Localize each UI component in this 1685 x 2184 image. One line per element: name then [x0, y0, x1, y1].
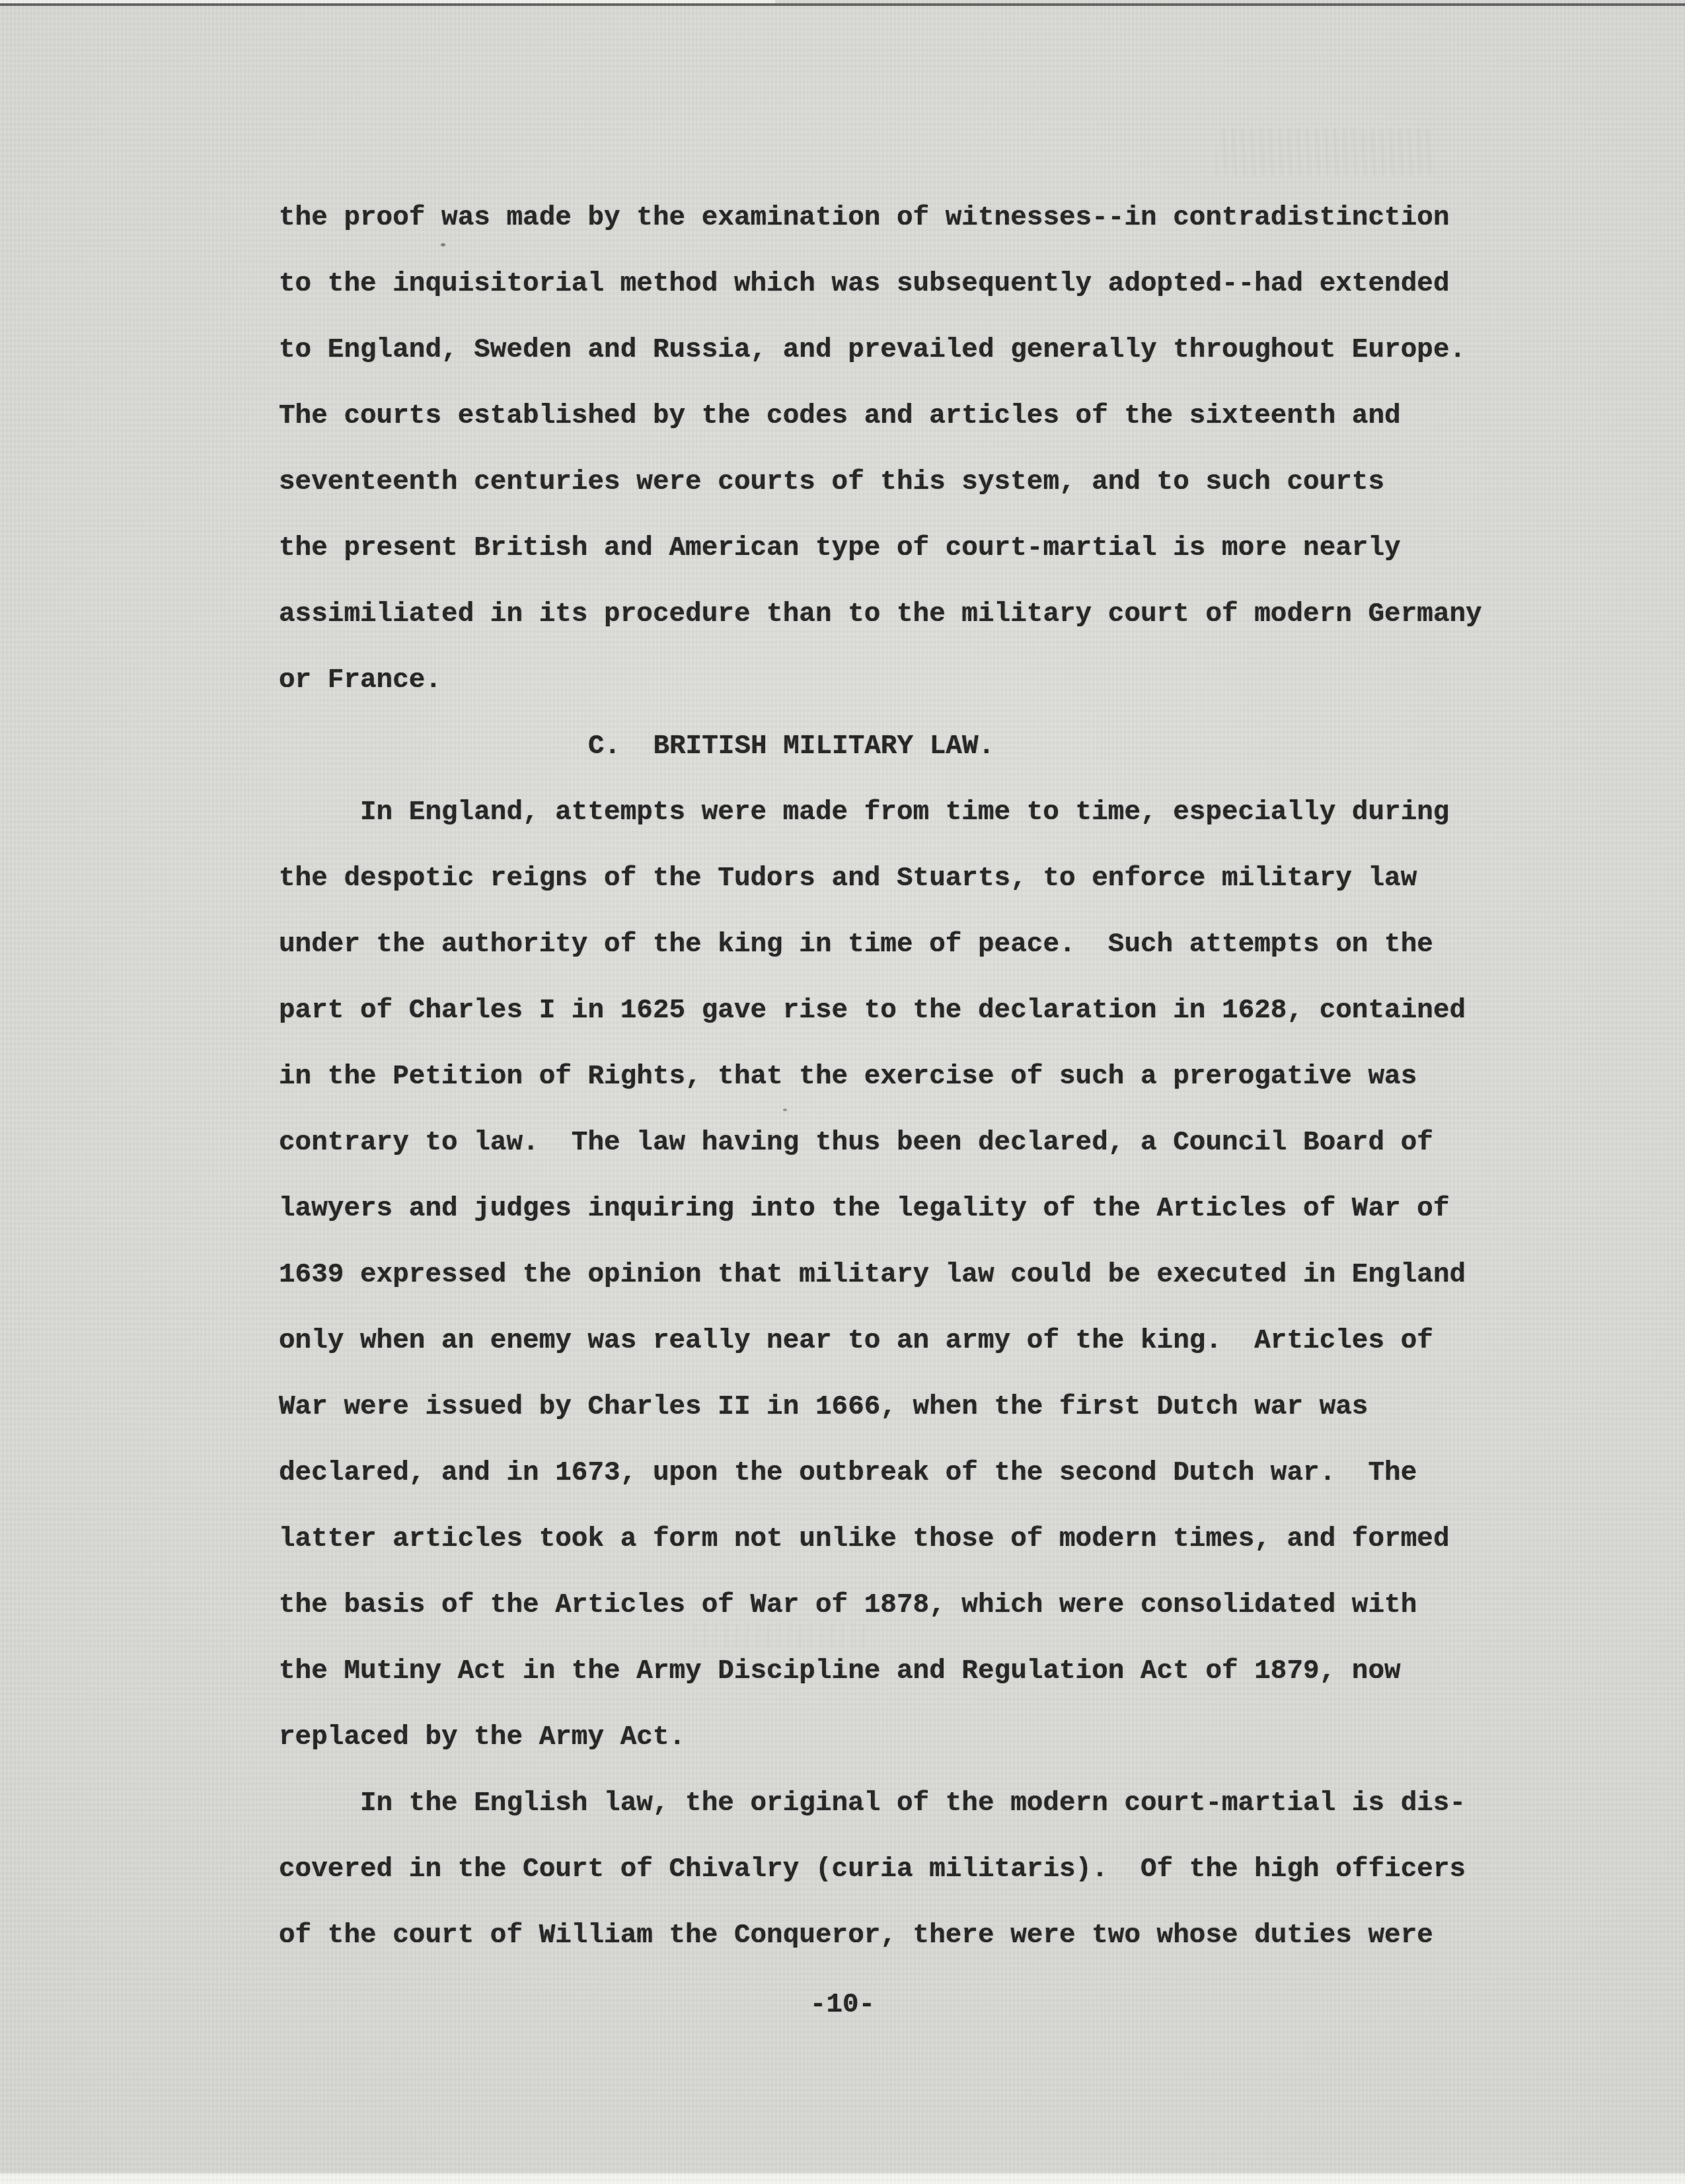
text-line: In the English law, the original of the …: [279, 1770, 1521, 1837]
text-line: or France.: [279, 647, 1521, 713]
text-line: latter articles took a form not unlike t…: [279, 1506, 1521, 1572]
text-line: the despotic reigns of the Tudors and St…: [279, 846, 1521, 912]
text-line: lawyers and judges inquiring into the le…: [279, 1176, 1521, 1242]
text-line: of the court of William the Conqueror, t…: [279, 1903, 1521, 1969]
text-line: contrary to law. The law having thus bee…: [279, 1110, 1521, 1176]
text-line: part of Charles I in 1625 gave rise to t…: [279, 978, 1521, 1044]
text-line: covered in the Court of Chivalry (curia …: [279, 1837, 1521, 1903]
text-line: seventeenth centuries were courts of thi…: [279, 449, 1521, 515]
text-line: declared, and in 1673, upon the outbreak…: [279, 1440, 1521, 1506]
text-line: in the Petition of Rights, that the exer…: [279, 1044, 1521, 1110]
scan-smudge-top-right: [1216, 129, 1434, 175]
text-line: under the authority of the king in time …: [279, 912, 1521, 978]
text-line: replaced by the Army Act.: [279, 1704, 1521, 1770]
text-line: the Mutiny Act in the Army Discipline an…: [279, 1638, 1521, 1704]
text-line: The courts established by the codes and …: [279, 383, 1521, 449]
scanned-typewritten-page: the proof was made by the examination of…: [0, 0, 1685, 2184]
text-line: to England, Sweden and Russia, and preva…: [279, 317, 1521, 383]
text-line: only when an enemy was really near to an…: [279, 1308, 1521, 1374]
section-heading: C. BRITISH MILITARY LAW.: [279, 713, 1521, 780]
scan-edge-top: [0, 3, 1685, 6]
text-line: assimiliated in its procedure than to th…: [279, 581, 1521, 647]
text-line: the proof was made by the examination of…: [279, 185, 1521, 251]
body-text: the proof was made by the examination of…: [279, 185, 1521, 1969]
text-line: In England, attempts were made from time…: [279, 780, 1521, 846]
text-line: the present British and American type of…: [279, 515, 1521, 581]
text-line: the basis of the Articles of War of 1878…: [279, 1572, 1521, 1638]
text-line: 1639 expressed the opinion that military…: [279, 1242, 1521, 1308]
text-line: War were issued by Charles II in 1666, w…: [279, 1374, 1521, 1440]
text-line: to the inquisitorial method which was su…: [279, 251, 1521, 317]
page-number: -10-: [0, 1972, 1685, 2038]
scan-edge-bottom: [0, 2173, 1685, 2184]
